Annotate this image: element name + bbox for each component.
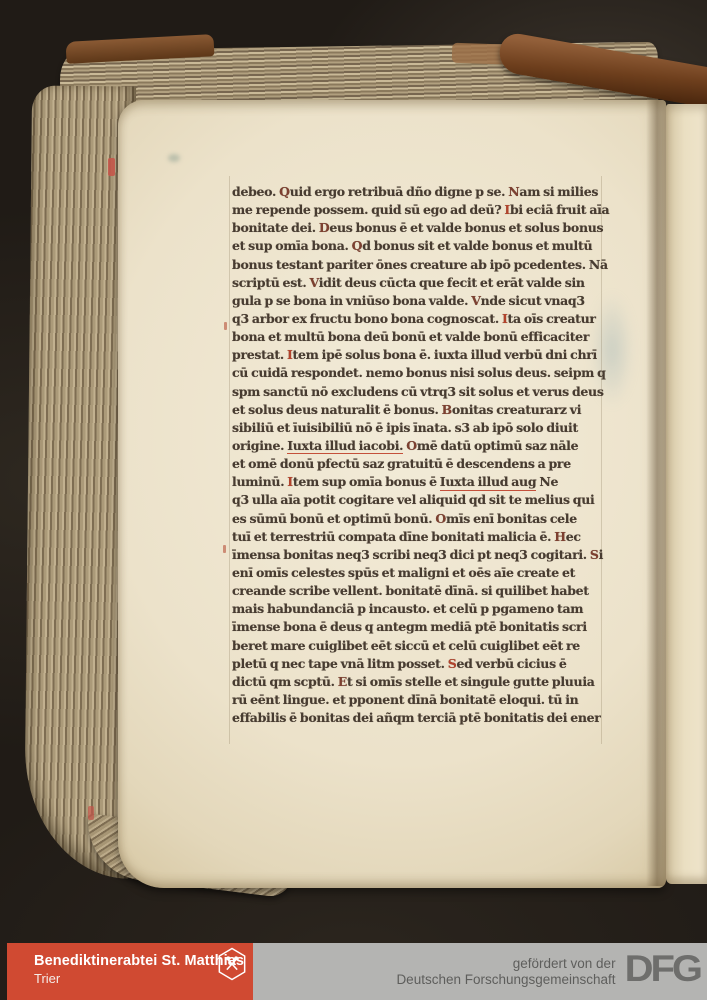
manuscript-text-segment: bonitate dei. <box>232 220 319 235</box>
manuscript-text-segment: Q <box>279 184 290 199</box>
manuscript-text-segment: O <box>435 511 446 526</box>
manuscript-line: luminū. Item sup omīa bonus ē Iuxta illu… <box>232 474 604 492</box>
manuscript-line: q3 ulla aīa potit cogitare vel aliquid q… <box>232 492 604 510</box>
fore-edge-red-mark <box>108 158 115 176</box>
manuscript-text-segment: bona et multū bona deū bonū et valde bon… <box>232 329 589 344</box>
manuscript-line: enī omīs celestes spūs et maligni et oēs… <box>232 565 604 583</box>
manuscript-text-segment: idit deus cūcta que fecit et erāt valde … <box>319 275 585 290</box>
manuscript-line: scriptū est. Vidit deus cūcta que fecit … <box>232 275 604 293</box>
manuscript-text-segment: onitas creaturarz vi <box>452 402 581 417</box>
manuscript-line: gula p se bona in vniūso bona valde. Vnd… <box>232 293 604 311</box>
dfg-funding-line2: Deutschen Forschungsgemeinschaft <box>396 972 615 988</box>
manuscript-text-segment: īmense bona ē deus q antegm mediā ptē bo… <box>232 619 587 634</box>
manuscript-text-segment: gula p se bona in vniūso bona valde. <box>232 293 471 308</box>
manuscript-text-segment: eus bonus ē et valde bonus et solus bonu… <box>329 220 603 235</box>
manuscript-text-segment: O <box>406 438 417 453</box>
manuscript-text-segment: cū cuidā respondet. nemo bonus nisi solu… <box>232 365 606 380</box>
manuscript-text-segment: Ne <box>536 474 558 489</box>
manuscript-text-segment: origine. <box>232 438 287 453</box>
manuscript-photo: debeo. Quid ergo retribuā dño digne p se… <box>0 0 707 1000</box>
manuscript-line: rū eēnt lingue. et pponent dīnā bonitatē… <box>232 692 604 710</box>
manuscript-text-segment: spm sanctū nō excludens cū vtrq3 sit sol… <box>232 384 604 399</box>
manuscript-text-segment: ed verbū cicius ē <box>456 656 566 671</box>
manuscript-text-segment: scriptū est. <box>232 275 310 290</box>
dfg-funding-text: gefördert von der Deutschen Forschungsge… <box>396 956 615 987</box>
abbey-crest-icon <box>217 947 247 986</box>
manuscript-text-segment: īmensa bonitas neq3 scribi neq3 dici pt … <box>232 547 590 562</box>
manuscript-line: dictū qm scptū. Et si omīs stelle et sin… <box>232 674 604 692</box>
manuscript-text-segment: S <box>590 547 599 562</box>
manuscript-text-segment: effabilis ē bonitas dei añqm terciā ptē … <box>232 710 601 725</box>
manuscript-line: me repende possem. quid sū ego ad deū? I… <box>232 202 604 220</box>
manuscript-line: bonitate dei. Deus bonus ē et valde bonu… <box>232 220 604 238</box>
manuscript-text-segment: et sup omīa bona. <box>232 238 352 253</box>
manuscript-text-segment: V <box>471 293 480 308</box>
abbey-banner: Benediktinerabtei St. Matthias Trier <box>7 943 253 1000</box>
manuscript-text-segment: creande scribe vellent. bonitatē dīnā. s… <box>232 583 589 598</box>
manuscript-text-segment: mais habundanciā p incausto. et celū p p… <box>232 601 583 616</box>
manuscript-text-segment: V <box>310 275 319 290</box>
manuscript-text-segment: uid ergo retribuā dño digne p se. <box>290 184 509 199</box>
manuscript-text-segment: pletū q nec tape vnā litm posset. <box>232 656 448 671</box>
dfg-funding-line1: gefördert von der <box>396 956 615 972</box>
manuscript-line: et omē donū pfectū saz gratuitū ē descen… <box>232 456 604 474</box>
manuscript-line: cū cuidā respondet. nemo bonus nisi solu… <box>232 365 604 383</box>
manuscript-line: debeo. Quid ergo retribuā dño digne p se… <box>232 184 604 202</box>
manuscript-text-segment: sibiliū et īuisibiliū nō ē ipis īnata. s… <box>232 420 578 435</box>
manuscript-text-segment: d bonus sit et valde bonus et multū <box>362 238 592 253</box>
manuscript-line: mais habundanciā p incausto. et celū p p… <box>232 601 604 619</box>
manuscript-line: q3 arbor ex fructu bono bona cognoscat. … <box>232 311 604 329</box>
manuscript-text-segment: debeo. <box>232 184 279 199</box>
manuscript-line: beret mare cuiglibet eēt siccū et celū c… <box>232 638 604 656</box>
manuscript-line: spm sanctū nō excludens cū vtrq3 sit sol… <box>232 384 604 402</box>
manuscript-line: pletū q nec tape vnā litm posset. Sed ve… <box>232 656 604 674</box>
manuscript-text-segment: dictū qm scptū. <box>232 674 338 689</box>
margin-rubric-mark <box>224 322 227 330</box>
manuscript-text-segment: mīs enī bonitas cele <box>446 511 577 526</box>
rubricated-underlined-text: Iuxta illud aug <box>440 474 536 491</box>
manuscript-text-segment: prestat. <box>232 347 287 362</box>
manuscript-text-segment: q3 arbor ex fructu bono bona cognoscat. <box>232 311 502 326</box>
manuscript-text-segment: D <box>319 220 330 235</box>
manuscript-text-segment: tuī et terrestriū compata dīne bonitati … <box>232 529 554 544</box>
manuscript-line: et sup omīa bona. Qd bonus sit et valde … <box>232 238 604 256</box>
manuscript-line: prestat. Item ipē solus bona ē. iuxta il… <box>232 347 604 365</box>
manuscript-text-segment: rū eēnt lingue. et pponent dīnā bonitatē… <box>232 692 578 707</box>
manuscript-text-segment: enī omīs celestes spūs et maligni et oēs… <box>232 565 575 580</box>
facing-page-sliver <box>666 104 707 884</box>
manuscript-line: bona et multū bona deū bonū et valde bon… <box>232 329 604 347</box>
manuscript-text-segment: i <box>599 547 603 562</box>
page-stain <box>168 154 180 162</box>
fore-edge-red-mark <box>88 806 94 820</box>
manuscript-line: sibiliū et īuisibiliū nō ē ipis īnata. s… <box>232 420 604 438</box>
manuscript-text-segment: nde sicut vnaq3 <box>481 293 585 308</box>
dfg-logo: DFG <box>625 948 700 989</box>
manuscript-text-segment: t si omīs stelle et singule gutte pluuia <box>347 674 595 689</box>
manuscript-text-segment: ec <box>566 529 581 544</box>
manuscript-text-segment: beret mare cuiglibet eēt siccū et celū c… <box>232 638 580 653</box>
manuscript-text-segment: mē datū optimū saz nāle <box>417 438 578 453</box>
rubricated-underlined-text: Iuxta illud iacobi. <box>287 438 403 455</box>
manuscript-text-segment: B <box>442 402 452 417</box>
gutter-shadow <box>646 100 666 886</box>
manuscript-text-segment: es sūmū bonū et optimū bonū. <box>232 511 435 526</box>
manuscript-text-segment: luminū. <box>232 474 287 489</box>
manuscript-line: bonus testant pariter ōnes creature ab i… <box>232 257 604 275</box>
manuscript-text-segment: bonus testant pariter ōnes creature ab i… <box>232 257 608 272</box>
manuscript-text-segment: H <box>554 529 566 544</box>
ruling-line-left <box>229 176 230 744</box>
manuscript-line: īmense bona ē deus q antegm mediā ptē bo… <box>232 619 604 637</box>
manuscript-text-segment: ta oīs creatur <box>508 311 596 326</box>
manuscript-text-segment: tem ipē solus bona ē. iuxta illud verbū … <box>293 347 597 362</box>
manuscript-line: creande scribe vellent. bonitatē dīnā. s… <box>232 583 604 601</box>
manuscript-text-segment: et solus deus naturalit ē bonus. <box>232 402 442 417</box>
margin-rubric-mark <box>223 545 226 553</box>
manuscript-text-segment: me repende possem. quid sū ego ad deū? <box>232 202 504 217</box>
manuscript-text-segment: tem sup omīa bonus ē <box>293 474 440 489</box>
manuscript-text-segment: q3 ulla aīa potit cogitare vel aliquid q… <box>232 492 595 507</box>
manuscript-text-segment: Q <box>352 238 363 253</box>
manuscript-text-segment: E <box>338 674 347 689</box>
manuscript-text-segment: et omē donū pfectū saz gratuitū ē descen… <box>232 456 571 471</box>
manuscript-line: īmensa bonitas neq3 scribi neq3 dici pt … <box>232 547 604 565</box>
manuscript-text: debeo. Quid ergo retribuā dño digne p se… <box>232 184 604 728</box>
manuscript-line: es sūmū bonū et optimū bonū. Omīs enī bo… <box>232 511 604 529</box>
manuscript-text-segment: am si milies <box>519 184 598 199</box>
manuscript-line: tuī et terrestriū compata dīne bonitati … <box>232 529 604 547</box>
manuscript-text-segment: bi eciā fruit aīa <box>510 202 609 217</box>
manuscript-line: origine. Iuxta illud iacobi. Omē datū op… <box>232 438 604 456</box>
manuscript-line: effabilis ē bonitas dei añqm terciā ptē … <box>232 710 604 728</box>
manuscript-line: et solus deus naturalit ē bonus. Bonitas… <box>232 402 604 420</box>
manuscript-text-segment: N <box>508 184 519 199</box>
dfg-banner: gefördert von der Deutschen Forschungsge… <box>253 943 707 1000</box>
